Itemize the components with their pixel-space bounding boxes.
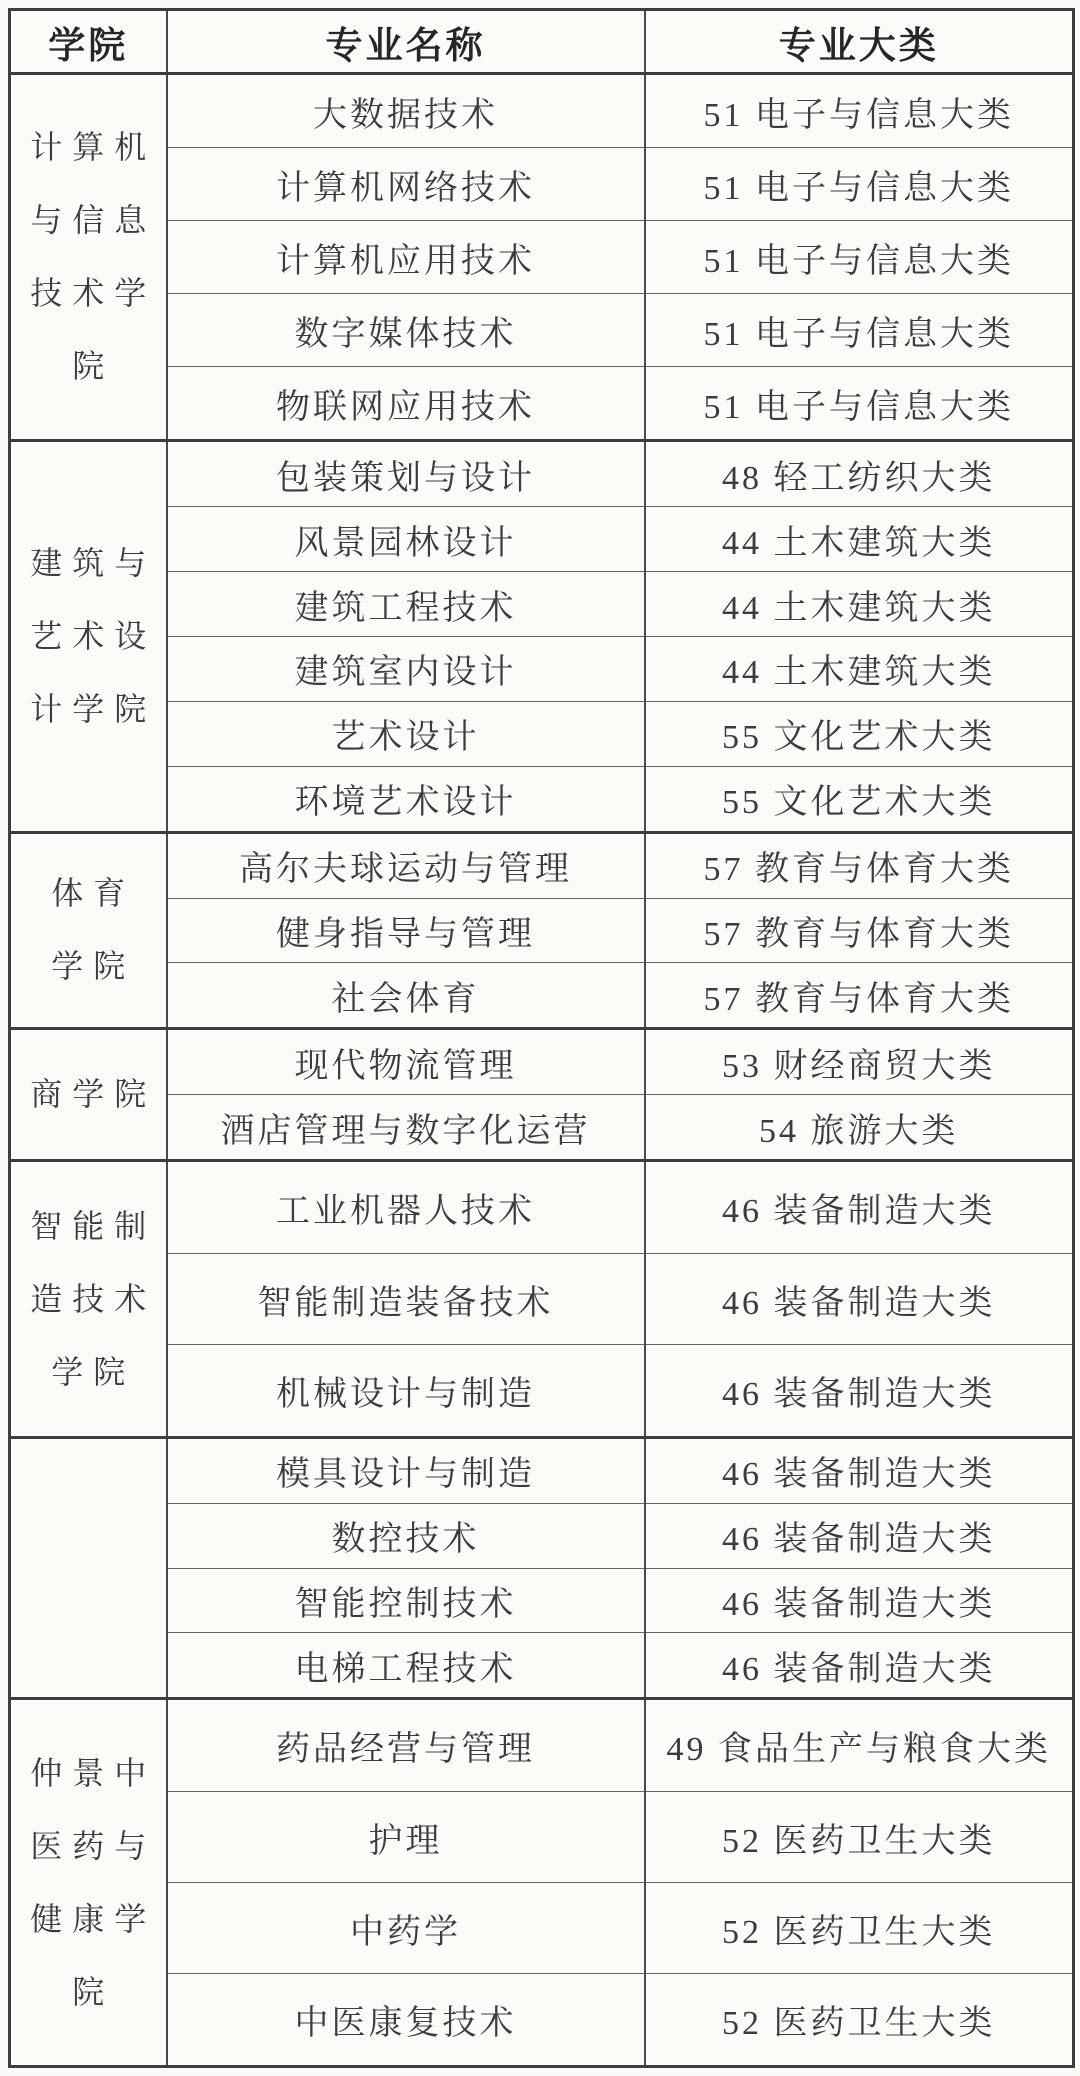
major-name-cell: 建筑室内设计	[167, 636, 645, 701]
college-cell: 计算机与信息技术学院	[10, 74, 167, 441]
table-row: 建筑室内设计44 土木建筑大类	[10, 636, 1074, 701]
table-row: 数控技术46 装备制造大类	[10, 1503, 1074, 1568]
major-name-cell: 社会体育	[167, 963, 645, 1029]
major-name-cell: 中药学	[167, 1883, 645, 1974]
major-name-cell: 机械设计与制造	[167, 1345, 645, 1438]
major-name-cell: 高尔夫球运动与管理	[167, 832, 645, 898]
major-category-cell: 55 文化艺术大类	[645, 766, 1074, 832]
major-name-cell: 大数据技术	[167, 74, 645, 148]
table-row: 智能控制技术46 装备制造大类	[10, 1568, 1074, 1633]
major-name-cell: 健身指导与管理	[167, 898, 645, 963]
college-cell: 商学院	[10, 1029, 167, 1161]
major-name-cell: 智能制造装备技术	[167, 1254, 645, 1345]
major-name-cell: 工业机器人技术	[167, 1161, 645, 1254]
college-name-line: 造技术	[11, 1263, 166, 1336]
college-cell: 体育学院	[10, 832, 167, 1029]
major-category-cell: 44 土木建筑大类	[645, 572, 1074, 637]
major-name-cell: 现代物流管理	[167, 1029, 645, 1095]
table-row: 机械设计与制造46 装备制造大类	[10, 1345, 1074, 1438]
table-row: 酒店管理与数字化运营54 旅游大类	[10, 1095, 1074, 1161]
college-name-line: 学院	[11, 1336, 166, 1409]
major-category-cell: 54 旅游大类	[645, 1095, 1074, 1161]
college-name-line: 与信息	[11, 184, 166, 257]
major-name-cell: 中医康复技术	[167, 1974, 645, 2067]
college-cell: 仲景中医药与健康学院	[10, 1699, 167, 2067]
table-row: 计算机应用技术51 电子与信息大类	[10, 221, 1074, 294]
college-name-line: 商学院	[11, 1058, 166, 1131]
major-name-cell: 数字媒体技术	[167, 294, 645, 367]
major-category-cell: 57 教育与体育大类	[645, 832, 1074, 898]
major-category-cell: 52 医药卫生大类	[645, 1792, 1074, 1883]
major-category-cell: 46 装备制造大类	[645, 1633, 1074, 1699]
major-name-cell: 风景园林设计	[167, 507, 645, 572]
table-row: 物联网应用技术51 电子与信息大类	[10, 367, 1074, 441]
header-college: 学院	[10, 10, 167, 74]
major-category-cell: 46 装备制造大类	[645, 1161, 1074, 1254]
major-category-cell: 53 财经商贸大类	[645, 1029, 1074, 1095]
major-category-cell: 52 医药卫生大类	[645, 1974, 1074, 2067]
major-category-cell: 44 土木建筑大类	[645, 507, 1074, 572]
table-row: 数字媒体技术51 电子与信息大类	[10, 294, 1074, 367]
table-row: 仲景中医药与健康学院药品经营与管理49 食品生产与粮食大类	[10, 1699, 1074, 1792]
table-row: 计算机与信息技术学院大数据技术51 电子与信息大类	[10, 74, 1074, 148]
college-cell: 建筑与艺术设计学院	[10, 441, 167, 832]
college-name-line: 仲景中	[11, 1737, 166, 1810]
table-row: 艺术设计55 文化艺术大类	[10, 701, 1074, 766]
major-category-cell: 44 土木建筑大类	[645, 636, 1074, 701]
college-name-line: 健康学	[11, 1883, 166, 1956]
college-name-line: 体育	[11, 857, 166, 930]
major-category-cell: 46 装备制造大类	[645, 1568, 1074, 1633]
college-name-line: 学院	[11, 930, 166, 1003]
table-row: 中药学52 医药卫生大类	[10, 1883, 1074, 1974]
major-category-cell: 51 电子与信息大类	[645, 148, 1074, 221]
college-name-line: 医药与	[11, 1810, 166, 1883]
header-major: 专业名称	[167, 10, 645, 74]
major-category-cell: 51 电子与信息大类	[645, 74, 1074, 148]
table-body: 计算机与信息技术学院大数据技术51 电子与信息大类计算机网络技术51 电子与信息…	[10, 74, 1074, 2067]
major-category-cell: 48 轻工纺织大类	[645, 441, 1074, 507]
college-cell: 智能制造技术学院	[10, 1161, 167, 1438]
college-name-line: 院	[11, 330, 166, 403]
major-category-cell: 46 装备制造大类	[645, 1254, 1074, 1345]
table-row: 商学院现代物流管理53 财经商贸大类	[10, 1029, 1074, 1095]
major-category-cell: 57 教育与体育大类	[645, 898, 1074, 963]
college-name-line: 计学院	[11, 673, 166, 746]
table-row: 体育学院高尔夫球运动与管理57 教育与体育大类	[10, 832, 1074, 898]
major-name-cell: 艺术设计	[167, 701, 645, 766]
major-category-cell: 46 装备制造大类	[645, 1345, 1074, 1438]
major-name-cell: 建筑工程技术	[167, 572, 645, 637]
table-row: 智能制造装备技术46 装备制造大类	[10, 1254, 1074, 1345]
document-page: 学院 专业名称 专业大类 计算机与信息技术学院大数据技术51 电子与信息大类计算…	[0, 0, 1080, 2076]
table-header: 学院 专业名称 专业大类	[10, 10, 1074, 74]
table-row: 计算机网络技术51 电子与信息大类	[10, 148, 1074, 221]
college-name-line: 院	[11, 1956, 166, 2029]
table-row: 建筑工程技术44 土木建筑大类	[10, 572, 1074, 637]
major-category-cell: 51 电子与信息大类	[645, 294, 1074, 367]
table-row: 护理52 医药卫生大类	[10, 1792, 1074, 1883]
major-category-cell: 46 装备制造大类	[645, 1437, 1074, 1503]
header-category: 专业大类	[645, 10, 1074, 74]
table-row: 中医康复技术52 医药卫生大类	[10, 1974, 1074, 2067]
table-row: 智能制造技术学院工业机器人技术46 装备制造大类	[10, 1161, 1074, 1254]
major-name-cell: 计算机应用技术	[167, 221, 645, 294]
header-row: 学院 专业名称 专业大类	[10, 10, 1074, 74]
table-row: 环境艺术设计55 文化艺术大类	[10, 766, 1074, 832]
college-cell-empty	[10, 1437, 167, 1699]
major-category-cell: 57 教育与体育大类	[645, 963, 1074, 1029]
major-name-cell: 酒店管理与数字化运营	[167, 1095, 645, 1161]
table-row: 电梯工程技术46 装备制造大类	[10, 1633, 1074, 1699]
major-name-cell: 物联网应用技术	[167, 367, 645, 441]
major-name-cell: 包装策划与设计	[167, 441, 645, 507]
major-name-cell: 数控技术	[167, 1503, 645, 1568]
major-category-cell: 49 食品生产与粮食大类	[645, 1699, 1074, 1792]
major-name-cell: 药品经营与管理	[167, 1699, 645, 1792]
major-name-cell: 模具设计与制造	[167, 1437, 645, 1503]
table-row: 社会体育57 教育与体育大类	[10, 963, 1074, 1029]
major-category-cell: 52 医药卫生大类	[645, 1883, 1074, 1974]
college-majors-table: 学院 专业名称 专业大类 计算机与信息技术学院大数据技术51 电子与信息大类计算…	[8, 8, 1075, 2068]
major-name-cell: 电梯工程技术	[167, 1633, 645, 1699]
college-name-line: 计算机	[11, 111, 166, 184]
college-name-line: 技术学	[11, 257, 166, 330]
major-name-cell: 智能控制技术	[167, 1568, 645, 1633]
table-row: 建筑与艺术设计学院包装策划与设计48 轻工纺织大类	[10, 441, 1074, 507]
major-name-cell: 计算机网络技术	[167, 148, 645, 221]
major-category-cell: 55 文化艺术大类	[645, 701, 1074, 766]
table-row: 健身指导与管理57 教育与体育大类	[10, 898, 1074, 963]
table-row: 模具设计与制造46 装备制造大类	[10, 1437, 1074, 1503]
major-category-cell: 51 电子与信息大类	[645, 221, 1074, 294]
college-name-line: 艺术设	[11, 600, 166, 673]
major-name-cell: 环境艺术设计	[167, 766, 645, 832]
major-category-cell: 46 装备制造大类	[645, 1503, 1074, 1568]
major-category-cell: 51 电子与信息大类	[645, 367, 1074, 441]
table-row: 风景园林设计44 土木建筑大类	[10, 507, 1074, 572]
college-name-line: 智能制	[11, 1190, 166, 1263]
major-name-cell: 护理	[167, 1792, 645, 1883]
college-name-line: 建筑与	[11, 527, 166, 600]
